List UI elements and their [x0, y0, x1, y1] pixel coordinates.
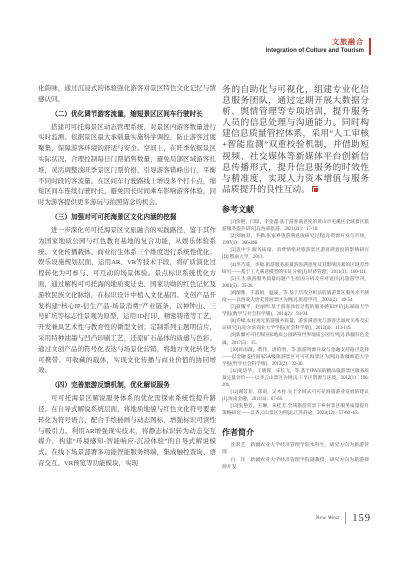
reference-item: [12]谢芳菲，郑南，吴木柱.关于全域式可可托海旅游业发展的建议[J].海南金融… [222, 389, 369, 403]
section-2-paragraph: 搭建可可托海景区动态管理系统，对景区内游客数量进行实时监测。依据景区最大承载量实… [38, 123, 216, 209]
closing-paragraph-text: 务的自助化与可视化，组建专业化信息服务团队，通过定期开展大数据分析、舆情管理等专… [222, 84, 369, 194]
paragraph-continuation: 化韵味，通过沉浸式的体验强化游客对景区特色文化记忆与情感认同。 [38, 84, 216, 106]
reference-item: [1]余艳，闫琼，李金鑫.基于游客满意度的黄山市屯溪区全域景区旅游服务提升研究[… [222, 219, 369, 233]
author-bio-item: 沈彩艺 新疆农业大学经济管理学院本科生，研究方向为旅游管理 [222, 442, 369, 457]
reference-item: [8]乔峰.农村观光旅游服务质量、游客满意度与游客忠诚度关系及实证研究[J].哈… [222, 318, 369, 332]
section-heading-2: （二）优化调节游客流量，缩短景区区间车行驶时长 [38, 109, 216, 120]
references-heading: 参考文献 [222, 204, 369, 215]
reference-item: [11]化培华，王晓蓉，宋长飞，等.基于IPA法的精品旅游景区服务质量定量评价—… [222, 368, 369, 389]
references-list: [1]余艳，闫琼，李金鑫.基于游客满意度的黄山市屯溪区全域景区旅游服务提升研究[… [222, 219, 369, 418]
reference-item: [4]李乃遥，李敏.旅游服务质量游客满意度及其影响因素的区域差异研究——基于工大… [222, 262, 369, 276]
journal-page: 文旅融合 Integration of Culture and Tourism … [0, 0, 402, 564]
page-header: 文旅融合 Integration of Culture and Tourism [266, 38, 371, 55]
reference-item: [5]王杰.旅游服务质量问题产生原因分析及应对途径[J].旅游学刊，2001(5… [222, 276, 369, 290]
column-tag: 文旅融合 Integration of Culture and Tourism [266, 38, 369, 55]
left-column: 化韵味，通过沉浸式的体验强化游客对景区特色文化记忆与情感认同。 （二）优化调节游… [38, 84, 216, 470]
header-rule [369, 38, 371, 55]
author-bio-item: 白 洋 新疆农业大学经济管理学院副教授，研究方向为旅游资源开发 [222, 457, 369, 472]
author-bio-heading: 作者简介 [222, 427, 369, 438]
reference-item: [13]张艳芳，王琳，朱桂芳.全域旅游背景下乡村景区服务质量提升策略研究——以齐… [222, 403, 369, 417]
section-heading-3: （三）加强对可可托海景区文化内涵的挖掘 [38, 212, 216, 223]
column-tag-en: Integration of Culture and Tourism [266, 47, 364, 55]
right-column: 务的自助化与可视化，组建专业化信息服务团队，通过定期开展大数据分析、舆情管理等专… [222, 84, 369, 473]
closing-paragraph: 务的自助化与可视化，组建专业化信息服务团队，通过定期开展大数据分析、舆情管理等专… [222, 84, 369, 195]
reference-item: [9]新疆可可托海国家地质公园跻身世界地质公园行列[J].新疆有色金属，2017… [222, 332, 369, 346]
reference-item: [2]刘丽双，李勤.张家界旅游满意度研究过程[J].资源开发与市场，1997(1… [222, 233, 369, 247]
reference-item: [6]图雅，王淑娟，温晟，等.基于层次分析法的旅游景区服务水平测度——以西安大唐… [222, 290, 369, 304]
reference-item: [3]袁中宇.服务质量、消费情绪对旅游景区游客满意度的影响研究[D].暨南大学，… [222, 247, 369, 261]
reference-item: [10]蒋雨薇，黄伟，唐伯明，等.旅游资源开发与金融支持路径选择——以金融支持国… [222, 347, 369, 368]
journal-name: New West [316, 515, 346, 521]
page-footer: New West 159 [316, 512, 372, 524]
section-4-paragraph: 可可托海景区解说服务体系的优化需探索系统性提升路径。在自导式解说系统层面，将地质… [38, 394, 216, 470]
section-3-paragraph: 进一步深化可可托海景区文旅融合的实践路径，鉴于其作为国家地质公园与红色教育基地的… [38, 226, 216, 377]
author-bio-list: 沈彩艺 新疆农业大学经济管理学院本科生，研究方向为旅游管理白 洋 新疆农业大学经… [222, 442, 369, 472]
article-end-icon [312, 186, 318, 192]
column-tag-cn: 文旅融合 [266, 38, 364, 47]
section-heading-4: （四）完善旅游反馈机制，优化解说服务 [38, 380, 216, 391]
page-number: 159 [346, 513, 371, 524]
reference-item: [7]聂耀平，赵丽明.基于游客体验过程的服务感知评价[J].湖南大学学报(数学与… [222, 304, 369, 318]
